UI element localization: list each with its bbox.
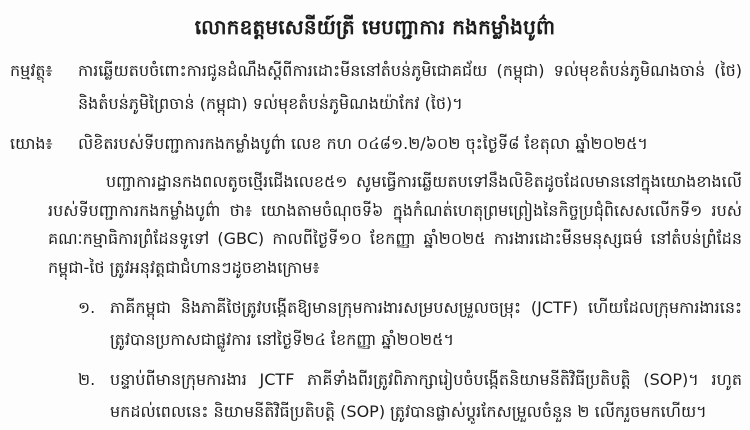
list-item-number: ២. (78, 364, 110, 428)
body-paragraph: បញ្ជាការដ្ឋានកងពលតូចថ្មើរជើងលេខ៥១ សូមធ្វ… (48, 168, 742, 282)
list-item-text: បន្ទាប់ពីមានក្រុមការងារ JCTF ភាគីទាំងពីរ… (110, 364, 742, 428)
subject-text: ការឆ្លើយតបចំពោះការជូនដំណឹងស្តីពីការដោះមី… (78, 54, 742, 120)
list-item-number: ១. (78, 292, 110, 356)
reference-row: យោង៖ លិខិតរបស់ទីបញ្ជាការកងកម្លាំងបូព៌ា ល… (0, 127, 750, 160)
subject-row: កម្មវត្ថុ៖ ការឆ្លើយតបចំពោះការជូនដំណឹងស្ត… (0, 54, 750, 120)
list-item: ២. បន្ទាប់ពីមានក្រុមការងារ JCTF ភាគីទាំង… (78, 364, 742, 428)
list-item: ១. ភាគីកម្ពុជា និងភាគីថៃត្រូវបង្កើតឱ្យមា… (78, 292, 742, 356)
reference-label: យោង៖ (10, 127, 78, 160)
clipped-top-line: .......... (0, 0, 750, 6)
numbered-list: ១. ភាគីកម្ពុជា និងភាគីថៃត្រូវបង្កើតឱ្យមា… (78, 292, 742, 428)
subject-label: កម្មវត្ថុ៖ (10, 54, 78, 120)
document-page: .......... លោកឧត្តមសេនីយ៍ត្រី មេបញ្ជាការ… (0, 0, 750, 430)
reference-text: លិខិតរបស់ទីបញ្ជាការកងកម្លាំងបូព៌ា លេខ កហ… (78, 127, 742, 160)
document-title: លោកឧត្តមសេនីយ៍ត្រី មេបញ្ជាការ កងកម្លាំងប… (0, 0, 750, 42)
list-item-text: ភាគីកម្ពុជា និងភាគីថៃត្រូវបង្កើតឱ្យមានក្… (110, 292, 742, 356)
